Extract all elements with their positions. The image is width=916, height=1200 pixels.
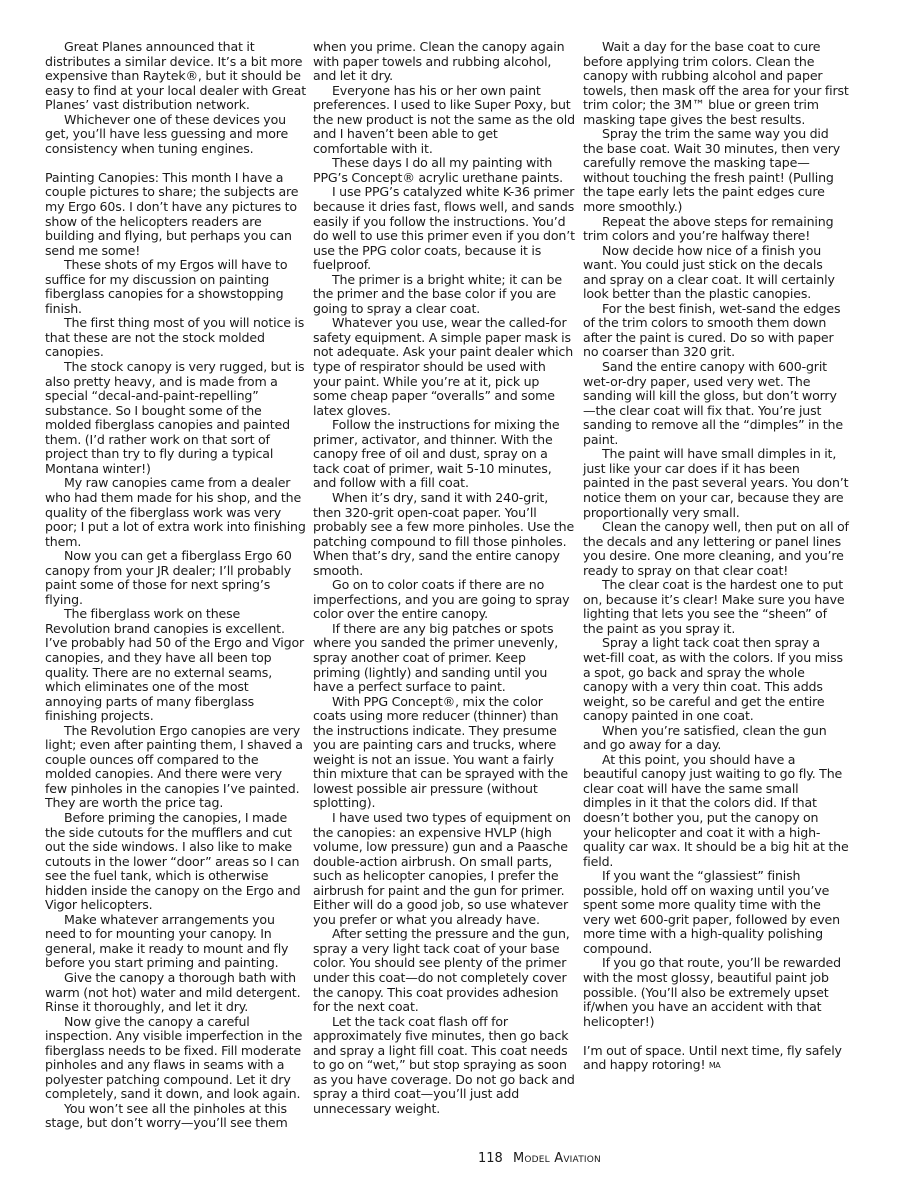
paragraph: These shots of my Ergos will have to suf… (45, 258, 307, 316)
paragraph: I have used two types of equipment on th… (313, 811, 575, 927)
paragraph: When you’re satisfied, clean the gun and… (583, 724, 849, 753)
closing-paragraph: I’m out of space. Until next time, fly s… (583, 1044, 849, 1074)
paragraph: The primer is a bright white; it can be … (313, 273, 575, 317)
article-column-1: Great Planes announced that it distribut… (45, 40, 307, 1131)
paragraph: Give the canopy a thorough bath with war… (45, 971, 307, 1015)
paragraph: Wait a day for the base coat to cure bef… (583, 40, 849, 127)
paragraph: The stock canopy is very rugged, but is … (45, 360, 307, 476)
paragraph: The fiberglass work on these Revolution … (45, 607, 307, 723)
paragraph: Everyone has his or her own paint prefer… (313, 84, 575, 157)
paragraph: Make whatever arrangements you need to f… (45, 913, 307, 971)
continued-paragraph: when you prime. Clean the canopy again w… (313, 40, 575, 84)
paragraph: These days I do all my painting with PPG… (313, 156, 575, 185)
paragraph: Whatever you use, wear the called-for sa… (313, 316, 575, 418)
section-lead-paragraph: Painting Canopies: This month I have a c… (45, 171, 307, 258)
paragraph: Great Planes announced that it distribut… (45, 40, 307, 113)
paragraph: The first thing most of you will notice … (45, 316, 307, 360)
paragraph: After setting the pressure and the gun, … (313, 927, 575, 1014)
paragraph: Before priming the canopies, I made the … (45, 811, 307, 913)
page-number: 118 (478, 1151, 503, 1166)
article-column-2: when you prime. Clean the canopy again w… (313, 40, 575, 1116)
paragraph: When it’s dry, sand it with 240-grit, th… (313, 491, 575, 578)
magazine-page: Great Planes announced that it distribut… (0, 0, 916, 1200)
paragraph: I use PPG’s catalyzed white K-36 primer … (313, 185, 575, 272)
paragraph: Spray the trim the same way you did the … (583, 127, 849, 214)
paragraph: Now you can get a fiberglass Ergo 60 can… (45, 549, 307, 607)
paragraph: Spray a light tack coat then spray a wet… (583, 636, 849, 723)
paragraph: If there are any big patches or spots wh… (313, 622, 575, 695)
paragraph: The paint will have small dimples in it,… (583, 447, 849, 520)
paragraph: Follow the instructions for mixing the p… (313, 418, 575, 491)
paragraph: Now decide how nice of a finish you want… (583, 244, 849, 302)
paragraph: Repeat the above steps for remaining tri… (583, 215, 849, 244)
paragraph: The Revolution Ergo canopies are very li… (45, 724, 307, 811)
paragraph: Now give the canopy a careful inspection… (45, 1015, 307, 1102)
paragraph: The clear coat is the hardest one to put… (583, 578, 849, 636)
paragraph: My raw canopies came from a dealer who h… (45, 476, 307, 549)
paragraph: At this point, you should have a beautif… (583, 753, 849, 869)
publication-name: Model Aviation (513, 1151, 601, 1166)
article-column-3: Wait a day for the base coat to cure bef… (583, 40, 849, 1074)
paragraph: If you go that route, you’ll be rewarded… (583, 956, 849, 1029)
paragraph: Sand the entire canopy with 600-grit wet… (583, 360, 849, 447)
paragraph: Clean the canopy well, then put on all o… (583, 520, 849, 578)
paragraph: Go on to color coats if there are no imp… (313, 578, 575, 622)
page-footer: 118 Model Aviation (478, 1151, 601, 1166)
paragraph: Whichever one of these devices you get, … (45, 113, 307, 157)
paragraph: Let the tack coat flash off for approxim… (313, 1015, 575, 1117)
end-of-article-mark: MA (709, 1061, 720, 1070)
paragraph: If you want the “glassiest” finish possi… (583, 869, 849, 956)
paragraph: For the best finish, wet-sand the edges … (583, 302, 849, 360)
paragraph: With PPG Concept®, mix the color coats u… (313, 695, 575, 811)
paragraph: You won’t see all the pinholes at this s… (45, 1102, 307, 1131)
